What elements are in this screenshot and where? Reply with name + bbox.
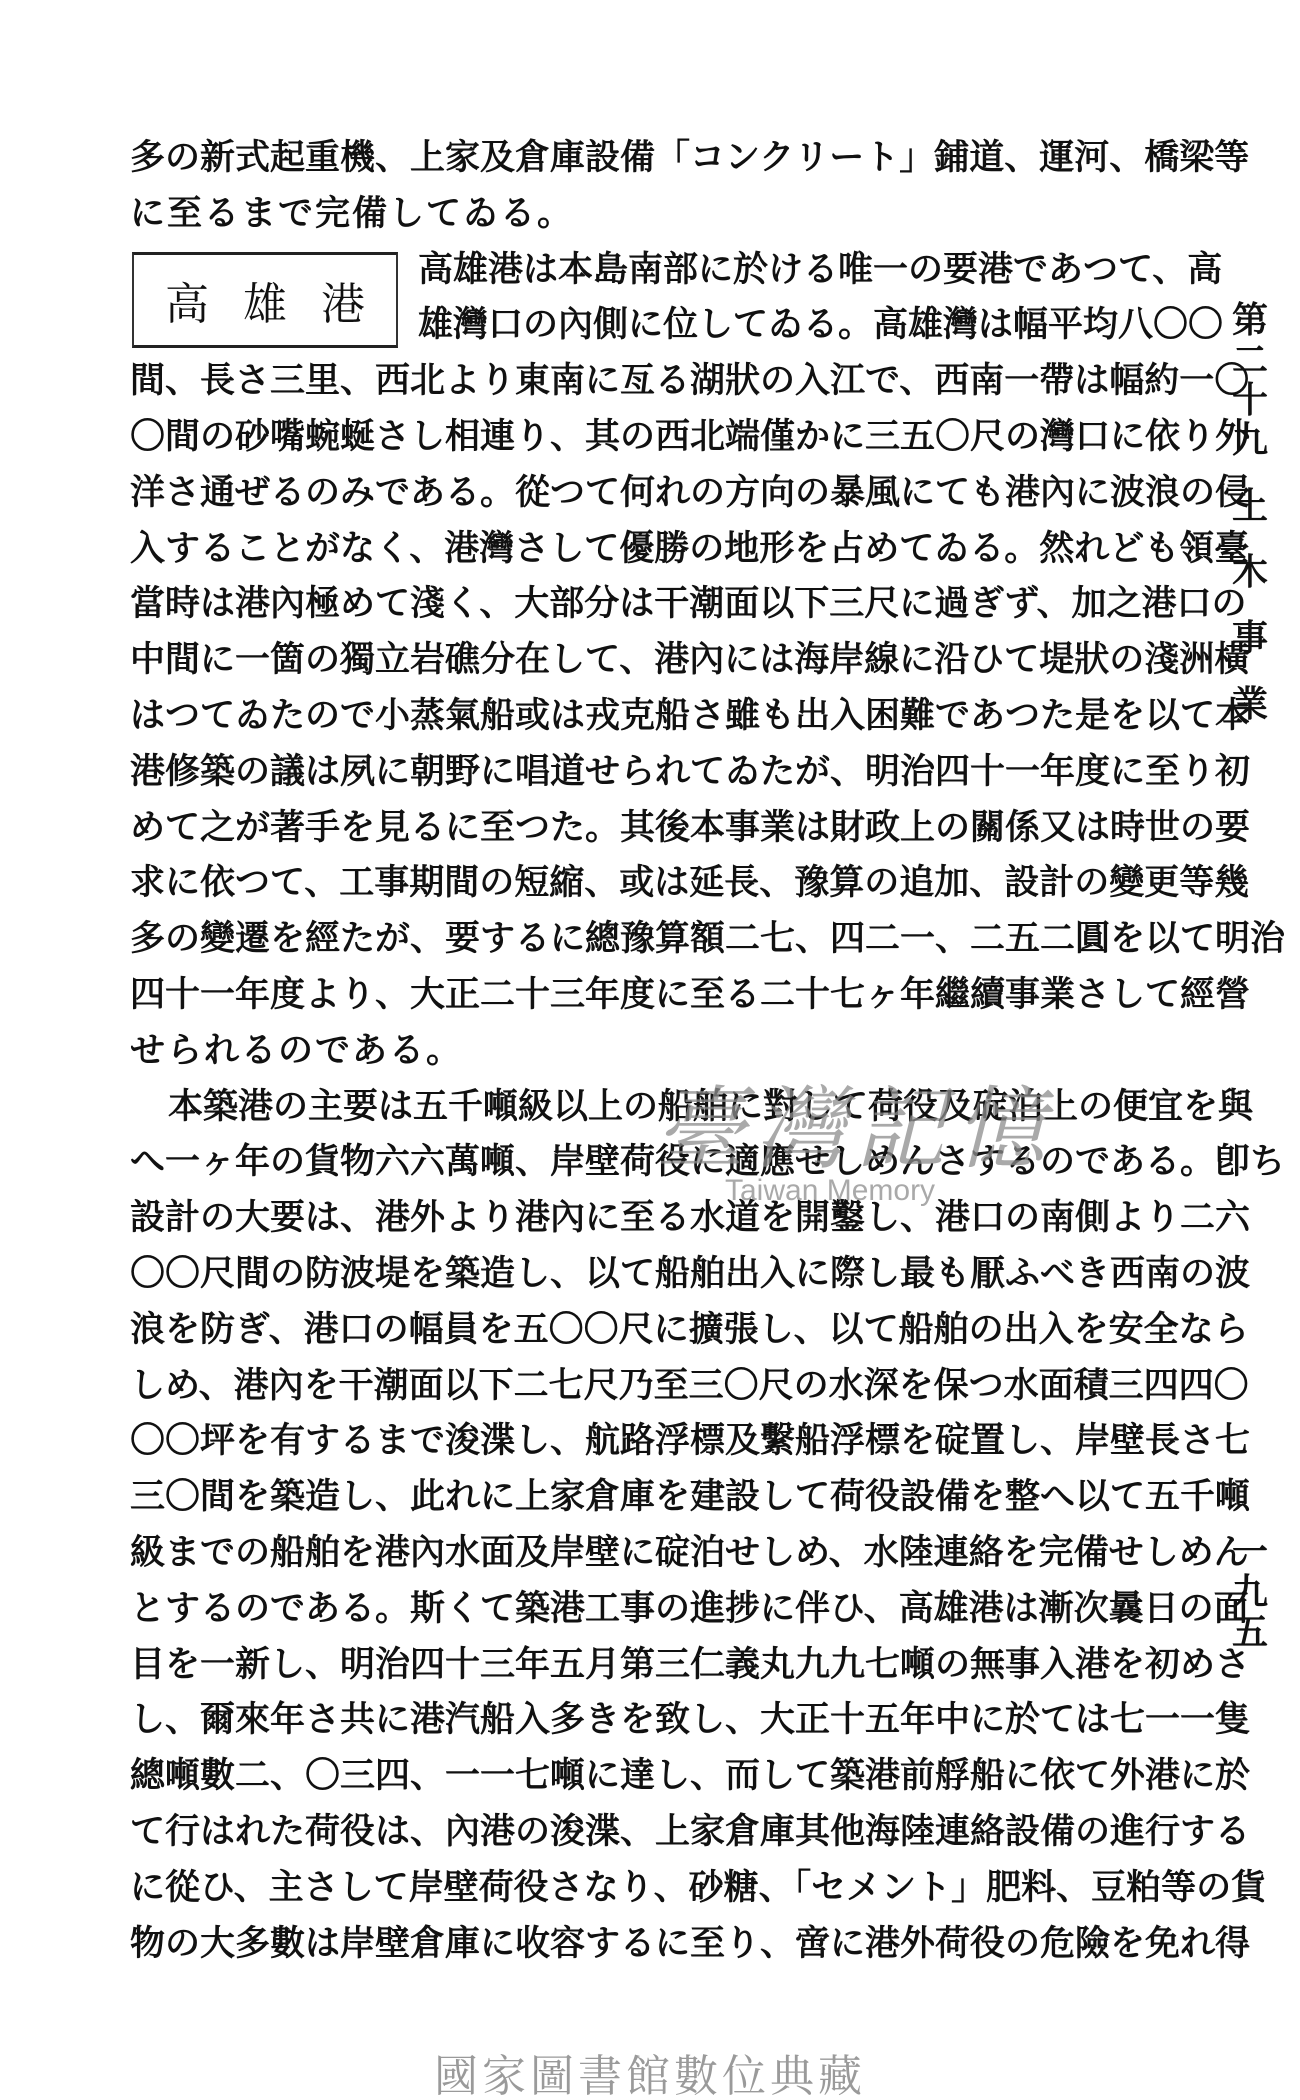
section-heading-char: 高 (165, 268, 209, 332)
text-line: 級までの船舶を港內水面及岸壁に碇泊せしめ、水陸連絡を完備せしめん (130, 1529, 1190, 1577)
paragraph-start-line: 本築港の主要は五千噸級以上の船舶に對して荷役及碇泊上の便宜を與 (130, 1083, 1190, 1131)
text-line: 〇〇坪を有するまで浚渫し、航路浮標及繫船浮標を碇置し、岸壁長さ七 (130, 1417, 1190, 1465)
text-line: へ一ヶ年の貨物六六萬噸、岸壁荷役に適應せしめんさするのである。卽ち (130, 1138, 1190, 1186)
text-line: とするのである。斯くて築港工事の進捗に伴ひ、高雄港は漸次曩日の面 (130, 1585, 1190, 1633)
text-line: 總噸數二、〇三四、一一七噸に達し、而して築港前艀船に依て外港に於 (130, 1752, 1190, 1800)
text-line: 中間に一箇の獨立岩礁分在して、港內には海岸線に沿ひて堤狀の淺洲橫 (130, 636, 1190, 684)
text-line: 高雄港は本島南部に於ける唯一の要港であつて、高 (418, 246, 1190, 294)
chapter-char: 第 (1232, 300, 1268, 340)
section-heading-char: 港 (321, 268, 365, 332)
text-line: はつてゐたので小蒸氣船或は戎克船さ雖も出入困難であつた是を以て本 (130, 692, 1190, 740)
text-line: 目を一新し、明治四十三年五月第三仁義丸九九七噸の無事入港を初めさ (130, 1641, 1190, 1689)
text-line: て行はれた荷役は、內港の浚渫、上家倉庫其他海陸連絡設備の進行する (130, 1808, 1190, 1856)
text-line: 物の大多數は岸壁倉庫に收容するに至り、啻に港外荷役の危險を免れ得 (130, 1920, 1190, 1968)
text-line: 多の新式起重機、上家及倉庫設備「コンクリート」鋪道、運河、橋梁等 (130, 134, 1190, 182)
text-line: せられるのである。 (130, 1027, 1190, 1075)
text-line: 〇〇尺間の防波堤を築造し、以て船舶出入に際し最も厭ふべき西南の波 (130, 1250, 1190, 1298)
library-footer: 國家圖書館數位典藏 (0, 2040, 1300, 2100)
text-line: めて之が著手を見るに至つた。其後本事業は財政上の關係又は時世の要 (130, 804, 1190, 852)
text-line: 港修築の議は夙に朝野に唱道せられてゐたが、明治四十一年度に至り初 (130, 748, 1190, 796)
text-line: 求に依つて、工事期間の短縮、或は延長、豫算の追加、設計の變更等幾 (130, 859, 1190, 907)
text-line: 〇間の砂嘴蜿蜒さし相連り、其の西北端僅かに三五〇尺の灣口に依り外 (130, 413, 1190, 461)
text-line: 多の變遷を經たが、要するに總豫算額二七、四二一、二五二圓を以て明治 (130, 915, 1190, 963)
section-heading-char: 雄 (243, 268, 287, 332)
text-line: 設計の大要は、港外より港內に至る水道を開鑿し、港口の南側より二六 (130, 1194, 1190, 1242)
text-line: に從ひ、主さして岸壁荷役さなり、砂糖、「セメント」肥料、豆粕等の貨 (130, 1864, 1190, 1912)
text-line: 當時は港內極めて淺く、大部分は干潮面以下三尺に過ぎず、加之港口の (130, 580, 1190, 628)
text-line: 入することがなく、港灣さして優勝の地形を占めてゐる。然れども領臺 (130, 525, 1190, 573)
text-line: し、爾來年さ共に港汽船入多きを致し、大正十五年中に於ては七一一隻 (130, 1696, 1190, 1744)
section-heading-box: 高 雄 港 (132, 252, 398, 348)
text-line: 三〇間を築造し、此れに上家倉庫を建設して荷役設備を整へ以て五千噸 (130, 1473, 1190, 1521)
text-line: 浪を防ぎ、港口の幅員を五〇〇尺に擴張し、以て船舶の出入を安全なら (130, 1306, 1190, 1354)
text-line: 雄灣口の內側に位してゐる。高雄灣は幅平均八〇〇 (418, 301, 1190, 349)
text-line: 間、長さ三里、西北より東南に亙る湖狀の入江で、西南一帶は幅約一〇 (130, 357, 1190, 405)
text-line: 洋さ通ぜるのみである。從つて何れの方向の暴風にても港內に波浪の侵 (130, 469, 1190, 517)
text-line: に至るまで完備してゐる。 (130, 190, 1190, 238)
text-line: 四十一年度より、大正二十三年度に至る二十七ヶ年繼續事業さして經營 (130, 971, 1190, 1019)
text-line: しめ、港內を干潮面以下二七尺乃至三〇尺の水深を保つ水面積三四四〇 (130, 1362, 1190, 1410)
